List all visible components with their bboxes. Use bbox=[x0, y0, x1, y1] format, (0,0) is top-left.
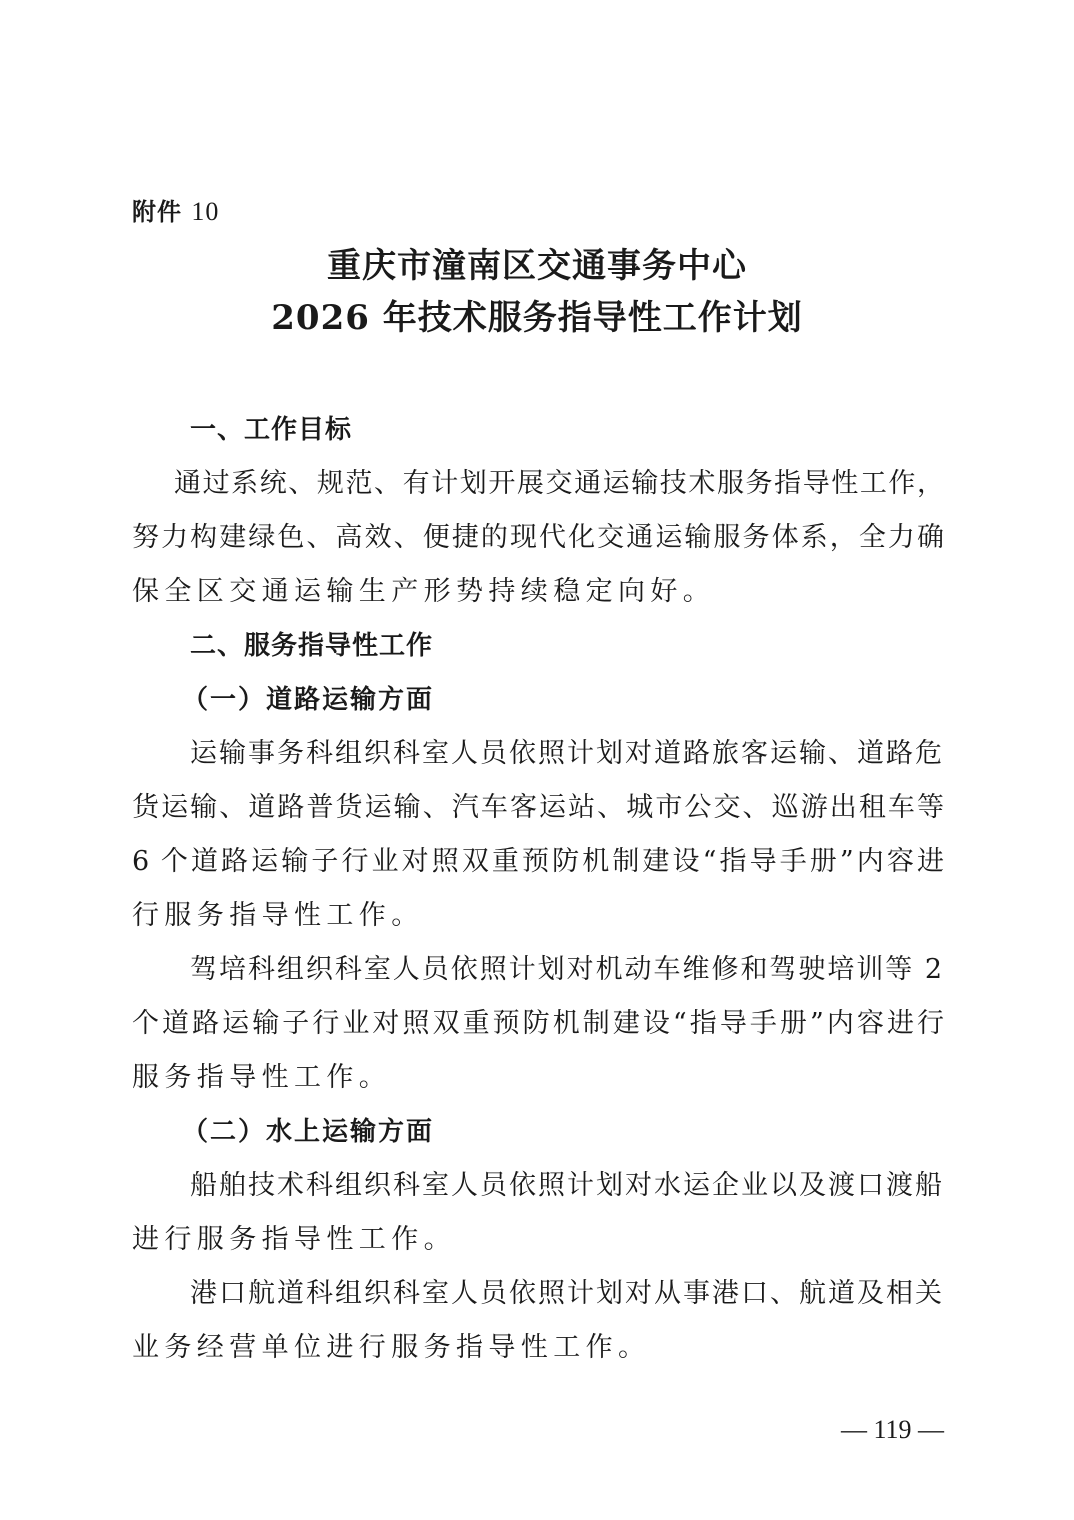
paragraph-line: 努力构建绿色、高效、便捷的现代化交通运输服务体系，全力确 bbox=[132, 522, 944, 554]
paragraph-line: 服务指导性工作。 bbox=[132, 1062, 944, 1094]
attachment-label-text: 附件 bbox=[132, 198, 182, 226]
document-title-line-2: 2026 年技术服务指导性工作计划 bbox=[0, 296, 1074, 340]
paragraph-line: 进行服务指导性工作。 bbox=[132, 1224, 944, 1256]
paragraph-line: 港口航道科组织科室人员依照计划对从事港口、航道及相关 bbox=[190, 1278, 942, 1310]
paragraph-line: 通过系统、规范、有计划开展交通运输技术服务指导性工作， bbox=[174, 468, 944, 500]
section-heading-service: 二、服务指导性工作 bbox=[190, 630, 1002, 662]
document-title-line-1: 重庆市潼南区交通事务中心 bbox=[0, 244, 1074, 288]
paragraph-line: 个道路运输子行业对照双重预防机制建设“指导手册”内容进行 bbox=[132, 1008, 944, 1040]
paragraph-line: 船舶技术科组织科室人员依照计划对水运企业以及渡口渡船 bbox=[190, 1170, 942, 1202]
paragraph-line: 货运输、道路普货运输、汽车客运站、城市公交、巡游出租车等 bbox=[132, 792, 944, 824]
paragraph-line: 行服务指导性工作。 bbox=[132, 900, 944, 932]
paragraph-line: 驾培科组织科室人员依照计划对机动车维修和驾驶培训等 2 bbox=[190, 954, 942, 986]
subsection-heading-road: （一）道路运输方面 bbox=[182, 684, 994, 716]
attachment-label: 附件 10 bbox=[132, 196, 219, 228]
attachment-number: 10 bbox=[191, 197, 219, 226]
subsection-heading-water: （二）水上运输方面 bbox=[182, 1116, 994, 1148]
document-page: 附件 10 重庆市潼南区交通事务中心 2026 年技术服务指导性工作计划 一、工… bbox=[0, 0, 1074, 1520]
paragraph-line: 业务经营单位进行服务指导性工作。 bbox=[132, 1332, 944, 1364]
page-number: — 119 — bbox=[820, 1414, 944, 1446]
paragraph-line: 保全区交通运输生产形势持续稳定向好。 bbox=[132, 576, 944, 608]
paragraph-line: 运输事务科组织科室人员依照计划对道路旅客运输、道路危 bbox=[190, 738, 942, 770]
section-heading-goals: 一、工作目标 bbox=[190, 414, 1002, 446]
paragraph-line: 6 个道路运输子行业对照双重预防机制建设“指导手册”内容进 bbox=[132, 846, 944, 878]
